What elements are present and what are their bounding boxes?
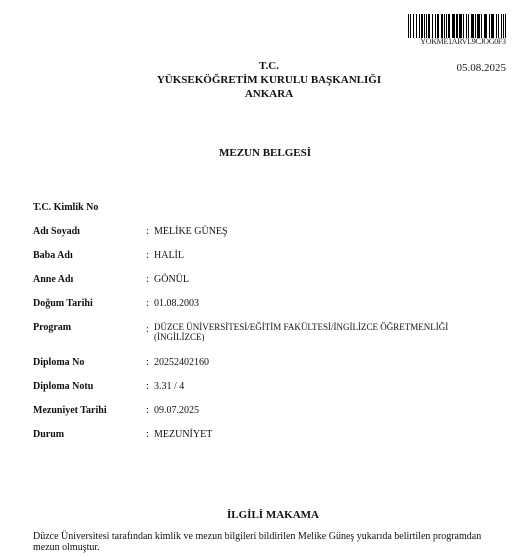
field-value: 01.08.2003 bbox=[154, 298, 503, 310]
field-value bbox=[154, 202, 503, 214]
barcode-code: YOKME1ARVL9CJOG0F3 bbox=[416, 37, 510, 46]
field-label: Doğum Tarihi bbox=[33, 298, 146, 310]
field-separator: : bbox=[146, 298, 154, 310]
field-label: Diploma No bbox=[33, 357, 146, 369]
field-label: Program bbox=[33, 322, 146, 342]
salutation: İLGİLİ MAKAMA bbox=[0, 509, 516, 521]
field-baba-adi: Baba Adı : HALİL bbox=[33, 250, 503, 262]
field-adi-soyadi: Adı Soyadı : MELİKE GÜNEŞ bbox=[33, 226, 503, 238]
field-anne-adi: Anne Adı : GÖNÜL bbox=[33, 274, 503, 286]
field-label: Mezuniyet Tarihi bbox=[33, 405, 146, 417]
field-separator: : bbox=[146, 381, 154, 393]
barcode bbox=[408, 14, 506, 38]
field-separator: : bbox=[146, 429, 154, 441]
field-label: Baba Adı bbox=[33, 250, 146, 262]
field-label: T.C. Kimlik No bbox=[33, 202, 146, 214]
document-title: MEZUN BELGESİ bbox=[0, 147, 516, 159]
field-label: Diploma Notu bbox=[33, 381, 146, 393]
field-value: HALİL bbox=[154, 250, 503, 262]
field-tc-kimlik-no: T.C. Kimlik No : bbox=[33, 202, 503, 214]
field-value: 20252402160 bbox=[154, 357, 503, 369]
field-separator: : bbox=[146, 226, 154, 238]
field-separator: : bbox=[146, 357, 154, 369]
field-mezuniyet-tarihi: Mezuniyet Tarihi : 09.07.2025 bbox=[33, 405, 503, 417]
field-separator: : bbox=[146, 202, 154, 214]
field-label: Durum bbox=[33, 429, 146, 441]
header-line-city: ANKARA bbox=[22, 87, 516, 101]
field-label: Anne Adı bbox=[33, 274, 146, 286]
field-diploma-no: Diploma No : 20252402160 bbox=[33, 357, 503, 369]
field-diploma-notu: Diploma Notu : 3.31 / 4 bbox=[33, 381, 503, 393]
fields-list: T.C. Kimlik No : Adı Soyadı : MELİKE GÜN… bbox=[33, 202, 503, 441]
header-line-institution: YÜKSEKÖĞRETİM KURULU BAŞKANLIĞI bbox=[22, 73, 516, 87]
field-durum: Durum : MEZUNİYET bbox=[33, 429, 503, 441]
field-separator: : bbox=[146, 405, 154, 417]
field-separator: : bbox=[146, 250, 154, 262]
body-text: Düzce Üniversitesi tarafından kimlik ve … bbox=[33, 531, 493, 553]
header-line-tc: T.C. bbox=[22, 59, 516, 73]
field-value: MELİKE GÜNEŞ bbox=[154, 226, 503, 238]
field-value: 09.07.2025 bbox=[154, 405, 503, 417]
field-value: GÖNÜL bbox=[154, 274, 503, 286]
field-program: Program : DÜZCE ÜNİVERSİTESİ/EĞİTİM FAKÜ… bbox=[33, 322, 503, 342]
field-value: MEZUNİYET bbox=[154, 429, 503, 441]
document-header: T.C. YÜKSEKÖĞRETİM KURULU BAŞKANLIĞI ANK… bbox=[0, 59, 516, 101]
field-label: Adı Soyadı bbox=[33, 226, 146, 238]
field-value: DÜZCE ÜNİVERSİTESİ/EĞİTİM FAKÜLTESİ/İNGİ… bbox=[154, 322, 474, 342]
field-separator: : bbox=[146, 274, 154, 286]
field-separator: : bbox=[146, 322, 154, 342]
field-dogum-tarihi: Doğum Tarihi : 01.08.2003 bbox=[33, 298, 503, 310]
field-value: 3.31 / 4 bbox=[154, 381, 503, 393]
